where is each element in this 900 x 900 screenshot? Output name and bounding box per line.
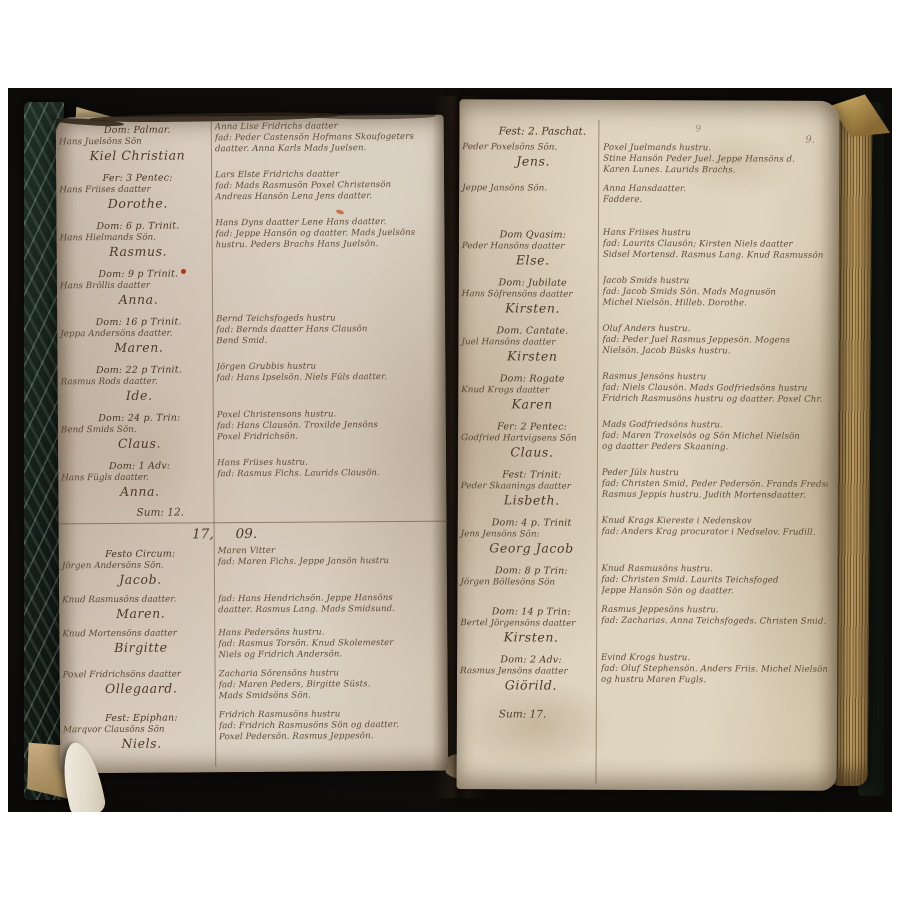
entry-right-column: Evind Krogs hustru.fad: Oluf Stephensön.… xyxy=(601,653,827,694)
year-heading: 17, 09. xyxy=(67,525,441,544)
godparents-line: Poxel Pedersön. Rasmus Jeppesön. xyxy=(219,731,442,744)
feast-day-label: Dom: 9 p Trinit. xyxy=(65,268,212,281)
tattered-top-edge xyxy=(316,113,436,120)
register-entry: Dom: 24 p. Trin:Bend Smids Sön.Claus.Pox… xyxy=(66,409,440,452)
entry-right-column xyxy=(216,265,439,307)
feast-day-label: Dom: Rogate xyxy=(466,373,598,386)
entry-left-column: Dom: 16 p Trinit.Jeppa Andersöns daatter… xyxy=(65,314,216,355)
godparents-line: Jeppe Hansön Sön og daatter. xyxy=(601,586,827,598)
godparents-line: Karen Lunes. Laurids Brachs. xyxy=(603,165,829,177)
section-1708-entries: Dom: Palmar.Hans Juelsöns SönKiel Christ… xyxy=(64,121,441,500)
register-entry: Dom: 8 p Trin:Jörgen Böllesöns SönKnud R… xyxy=(465,563,827,598)
godparents-line: fad: Zacharias. Anna Teichsfogeds. Chris… xyxy=(601,616,827,628)
register-entry: Dom: 1 Adv:Hans Fügls daatter.Anna.Hans … xyxy=(66,457,440,500)
parent-name: Juel Hansöns daatter xyxy=(461,337,598,349)
parent-name: Jeppe Jansöns Sön. xyxy=(462,183,599,195)
child-name: Birgitte xyxy=(67,639,214,655)
entry-left-column: Dom: 4 p. TrinitJens Jensöns Sön:Georg J… xyxy=(466,515,602,556)
register-entry: Dom: 14 p Trin:Bertel Jörgensöns daatter… xyxy=(465,604,827,646)
godparents-line: fad: Anders Krag procurator i Nedselov. … xyxy=(602,527,828,539)
parent-name: Peder Poxelsöns Sön. xyxy=(462,142,599,154)
entry-right-column: Rasmus Jeppesöns hustru.fad: Zacharias. … xyxy=(601,605,827,646)
entry-right-column: Jörgen Grubbis hustrufad: Hans Ipselsön.… xyxy=(216,361,439,403)
entry-right-column: Maren Vitterfad: Maren Fichs. Jeppe Jans… xyxy=(218,545,441,587)
left-page-content: Dom: Palmar.Hans Juelsöns SönKiel Christ… xyxy=(64,121,442,766)
parent-name: Knud Krogs daatter xyxy=(461,385,598,397)
entry-right-column: Anna Hansdaatter.Faddere. xyxy=(603,184,829,207)
feast-day-label: Dom Qvasim: xyxy=(467,229,599,242)
child-name: Claus. xyxy=(466,444,598,460)
entry-right-column: Knud Rasmusöns hustru.fad: Christen Smid… xyxy=(601,564,827,598)
child-name: Niels. xyxy=(68,735,215,751)
child-name: Ide. xyxy=(66,387,213,403)
child-name: Georg Jacob xyxy=(466,540,598,556)
child-name: Claus. xyxy=(66,435,213,451)
register-entry: Fest: Trinit:Peder Skaanings daatterLisb… xyxy=(466,467,828,509)
entry-right-column: Hans Friises hustrufad: Laurits Clausön;… xyxy=(603,228,829,269)
entry-left-column: Dom: 24 p. Trin:Bend Smids Sön.Claus. xyxy=(66,410,217,451)
feast-day-label: Dom: 6 p. Trinit. xyxy=(64,220,211,233)
godparents-line: Faddere. xyxy=(603,195,829,207)
entry-left-column: Dom Qvasim:Peder Hansöns daatterElse. xyxy=(467,227,603,268)
feast-day-label: Dom: Jubilate xyxy=(467,277,599,290)
godparents-line: Bend Smid. xyxy=(216,335,439,348)
entry-right-column: Mads Godfriedsöns hustru.fad: Maren Trox… xyxy=(602,420,828,461)
feast-day-label: Fer: 3 Pentec: xyxy=(64,172,211,185)
entry-left-column: Dom: 14 p Trin:Bertel Jörgensöns daatter… xyxy=(465,604,601,645)
godparents-line: Poxel Fridrichsön. xyxy=(217,431,440,444)
register-entry: Dom: 9 p Trinit.Hans Bröllis daatterAnna… xyxy=(65,265,439,308)
entry-right-column: Jacob Smids hustrufad: Jacob Smids Sön. … xyxy=(603,276,829,317)
godparents-line: Fridrich Rasmusöns hustru og daatter. Po… xyxy=(602,394,828,406)
child-name: Kiel Christian xyxy=(64,147,211,163)
register-entry: Fer: 3 Pentec:Hans Friises daatterDoroth… xyxy=(64,169,438,212)
godparents-line: Nielsön. Jacob Büsks hustru. xyxy=(602,346,828,358)
parent-name: Jens Jensöns Sön: xyxy=(461,529,598,541)
register-entry: Poxel Fridrichsöns daatterOllegaard.Zach… xyxy=(68,668,442,704)
child-name: Lisbeth. xyxy=(466,492,598,508)
register-entry: Dom: 6 p. Trinit.Hans Hielmands Sön.Rasm… xyxy=(64,217,438,260)
child-name: Maren. xyxy=(65,339,212,355)
entry-left-column: Dom: JubilateHans Söfrensöns daatterKirs… xyxy=(467,275,603,316)
register-entry: Fer: 2 Pentec:Godfried Hartvigsens SönCl… xyxy=(466,419,828,461)
feast-day-label: Dom: 24 p. Trin: xyxy=(66,412,213,425)
right-page-entries: Peder Poxelsöns Sön.Jens.Poxel Juelmands… xyxy=(465,142,829,694)
feast-day-label: Dom: 1 Adv: xyxy=(66,460,213,473)
register-entry: Festo Circum:Jörgen Andersöns Sön.Jacob.… xyxy=(67,545,441,588)
godparents-line: Rasmus Jeppis hustru. Judith Mortensdaat… xyxy=(602,490,828,502)
feast-day-label: Festo Circum: xyxy=(67,548,214,561)
register-entry: Peder Poxelsöns Sön.Jens.Poxel Juelmands… xyxy=(467,142,829,177)
entry-left-column: Fer: 3 Pentec:Hans Friises daatterDoroth… xyxy=(64,170,215,211)
entry-left-column: Dom. Cantate.Juel Hansöns daatterKirsten xyxy=(466,323,602,364)
feast-day-label: Fest: Trinit: xyxy=(466,469,598,482)
child-name: Karen xyxy=(466,396,598,412)
entry-right-column: Knud Krags Kiereste i Nedenskovfad: Ande… xyxy=(602,516,828,557)
godparents-line: fad: Maren Fichs. Jeppe Jansön hustru xyxy=(218,556,441,569)
register-entry: Dom: 4 p. TrinitJens Jensöns Sön:Georg J… xyxy=(466,515,828,557)
entry-left-column: Fer: 2 Pentec:Godfried Hartvigsens SönCl… xyxy=(466,419,602,460)
child-name: Maren. xyxy=(67,605,214,621)
godparents-line: hustru. Peders Brachs Hans Juelsön. xyxy=(216,239,439,252)
child-name: Anna. xyxy=(65,291,212,307)
godparents-line: Sidsel Mortensd. Rasmus Lang. Knud Rasmu… xyxy=(603,250,829,262)
section-divider-line xyxy=(59,521,449,525)
entry-right-column: Peder Jüls hustrufad: Christen Smid, Ped… xyxy=(602,468,828,509)
register-entry: Dom: 16 p Trinit.Jeppa Andersöns daatter… xyxy=(65,313,439,356)
child-name: Anna. xyxy=(66,483,213,499)
parent-name: Hans Söfrensöns daatter xyxy=(462,289,599,301)
register-entry: Dom: JubilateHans Söfrensöns daatterKirs… xyxy=(467,275,829,317)
parent-name: Peder Hansöns daatter xyxy=(462,241,599,253)
section-1709-entries: Festo Circum:Jörgen Andersöns Sön.Jacob.… xyxy=(67,545,442,752)
entry-left-column: Festo Circum:Jörgen Andersöns Sön.Jacob. xyxy=(67,546,218,587)
register-entry: Dom: Palmar.Hans Juelsöns SönKiel Christ… xyxy=(64,121,438,164)
entry-right-column: Rasmus Jensöns hustrufad: Niels Clausön.… xyxy=(602,372,828,413)
parent-name: Jörgen Böllesöns Sön xyxy=(460,577,597,589)
register-entry: Dom Qvasim:Peder Hansöns daatterElse.Han… xyxy=(467,227,829,269)
entry-left-column: Dom: 6 p. Trinit.Hans Hielmands Sön.Rasm… xyxy=(64,218,215,259)
photograph-of-parish-register: Dom: Palmar.Hans Juelsöns SönKiel Christ… xyxy=(8,88,892,812)
godparents-line: fad: Peder Castensön Hofmans Skoufogeter… xyxy=(215,132,438,145)
annual-sum-line: Sum: 12. xyxy=(136,505,440,520)
entry-left-column: Peder Poxelsöns Sön.Jens. xyxy=(467,142,603,176)
feast-day-label: Dom: 2 Adv: xyxy=(465,654,597,667)
entry-left-column: Poxel Fridrichsöns daatterOllegaard. xyxy=(68,669,219,703)
feast-day-label: Dom: 4 p. Trinit xyxy=(466,517,598,530)
entry-right-column: Oluf Anders hustru.fad: Peder Juel Rasmu… xyxy=(602,324,828,365)
child-name: Else. xyxy=(467,252,599,268)
child-name: Giörild. xyxy=(465,677,597,693)
register-entry: Fest: Epiphan:Marqvor Clausöns SönNiels.… xyxy=(68,709,442,752)
feast-day-label: Dom: 8 p Trin: xyxy=(465,565,597,578)
entry-right-column: Poxel Christensons hustru.fad: Hans Clau… xyxy=(217,409,440,451)
entry-right-column: fad: Hans Hendrichsön. Jeppe Hansönsdaat… xyxy=(218,593,441,621)
entry-right-column: Poxel Juelmands hustru.Stine Hansön Pede… xyxy=(603,143,829,177)
godparents-line: Mads Smidsöns Sön. xyxy=(219,690,442,703)
register-entry: Dom. Cantate.Juel Hansöns daatterKirsten… xyxy=(466,323,828,365)
godparents-line: daatter. Rasmus Lang. Mads Smidsund. xyxy=(218,604,441,617)
godparents-line: fad: Hans Ipselsön. Niels Füls daatter. xyxy=(217,372,440,385)
left-page: Dom: Palmar.Hans Juelsöns SönKiel Christ… xyxy=(56,115,449,774)
entry-left-column: Fest: Trinit:Peder Skaanings daatterLisb… xyxy=(466,467,602,508)
register-entry: Dom: 22 p Trinit.Rasmus Rods daatter.Ide… xyxy=(65,361,439,404)
right-page: 9 9. Fest: 2. Paschat. Peder Poxelsöns S… xyxy=(456,99,839,791)
entry-left-column: Fest: Epiphan:Marqvor Clausöns SönNiels. xyxy=(68,710,219,751)
entry-right-column: Bernd Teichsfogeds hustrufad: Bernds daa… xyxy=(216,313,439,355)
feast-day-label: Dom: Palmar. xyxy=(64,124,211,137)
godparents-line: daatter. Anna Karls Mads Juelsen. xyxy=(215,143,438,156)
entry-left-column: Dom: 8 p Trin:Jörgen Böllesöns Sön xyxy=(465,563,601,597)
godparents-line: Niels og Fridrich Andersön. xyxy=(218,649,441,662)
child-name: Kirsten. xyxy=(467,300,599,316)
child-name: Kirsten xyxy=(466,348,598,364)
parent-name: Bertel Jörgensöns daatter xyxy=(460,618,597,630)
register-entry: Dom: 2 Adv:Rasmus Jensöns daatterGiörild… xyxy=(465,652,827,694)
entry-right-column: Hans Friises hustru.fad: Rasmus Fichs. L… xyxy=(217,457,440,499)
entry-left-column: Jeppe Jansöns Sön. xyxy=(467,183,603,206)
feast-day-label: Dom: 22 p Trinit. xyxy=(65,364,212,377)
parent-name: Rasmus Jensöns daatter xyxy=(460,666,597,678)
annual-sum-line: Sum: 17. xyxy=(499,708,827,722)
scanned-photo-canvas: Dom: Palmar.Hans Juelsöns SönKiel Christ… xyxy=(0,0,900,900)
child-name: Kirsten. xyxy=(465,629,597,645)
year-heading-right-part: 09. xyxy=(222,526,258,542)
feast-day-label: Dom: 14 p Trin: xyxy=(465,606,597,619)
child-name: Jens. xyxy=(467,153,599,169)
godparents-line: fad: Rasmus Fichs. Laurids Clausön. xyxy=(217,468,440,481)
godparents-line: og daatter Peders Skaaning. xyxy=(602,442,828,454)
godparents-line: Michel Nielsön. Hilleb. Dorothe. xyxy=(603,298,829,310)
child-name: Rasmus. xyxy=(65,243,212,259)
entry-right-column: Zacharia Sörensöns hustrufad: Maren Pede… xyxy=(219,668,442,703)
entry-left-column: Dom: RogateKnud Krogs daatterKaren xyxy=(466,371,602,412)
parent-name: Peder Skaanings daatter xyxy=(461,481,598,493)
entry-right-column: Anna Lise Fridrichs daatterfad: Peder Ca… xyxy=(215,121,438,163)
child-name: Dorothe. xyxy=(64,195,211,211)
register-entry: Dom: RogateKnud Krogs daatterKarenRasmus… xyxy=(466,371,828,413)
feast-day-label: Dom. Cantate. xyxy=(466,325,598,338)
register-entry: Jeppe Jansöns Sön.Anna Hansdaatter.Fadde… xyxy=(467,183,829,207)
year-heading-left-part: 17, xyxy=(67,526,222,543)
entry-left-column: Dom: 22 p Trinit.Rasmus Rods daatter.Ide… xyxy=(65,362,216,403)
godparents-line: Andreas Hansön Lena Jens daatter. xyxy=(215,191,438,204)
right-page-content: Fest: 2. Paschat. Peder Poxelsöns Sön.Je… xyxy=(465,125,830,783)
entry-right-column: Lars Elste Fridrichs daatterfad: Mads Ra… xyxy=(215,169,438,211)
entry-right-column: Fridrich Rasmusöns hustrufad: Fridrich R… xyxy=(219,709,442,751)
feast-day-label: Dom: 16 p Trinit. xyxy=(65,316,212,329)
entry-left-column: Dom: Palmar.Hans Juelsöns SönKiel Christ… xyxy=(64,122,215,163)
godparents-line: fad: Jeppe Hansön og daatter. Mads Juels… xyxy=(215,228,438,241)
godparents-line: og hustru Maren Fugls. xyxy=(601,675,827,687)
entry-right-column: Hans Dyns daatter Lene Hans daatter.fad:… xyxy=(215,217,438,259)
child-name: Ollegaard. xyxy=(68,680,215,696)
entry-left-column: Knud Mortensöns daatterBirgitte xyxy=(67,628,218,662)
register-entry: Knud Mortensöns daatterBirgitteHans Pede… xyxy=(67,627,441,663)
red-ink-dot xyxy=(181,269,186,274)
feast-day-page-header: Fest: 2. Paschat. xyxy=(467,125,617,139)
entry-left-column: Knud Rasmusöns daatter.Maren. xyxy=(67,594,218,621)
register-entry: Knud Rasmusöns daatter.Maren.fad: Hans H… xyxy=(67,593,441,622)
entry-right-column: Hans Pedersöns hustru.fad: Rasmus Torsön… xyxy=(218,627,441,662)
entry-left-column: Dom: 1 Adv:Hans Fügls daatter.Anna. xyxy=(66,458,217,499)
entry-left-column: Dom: 9 p Trinit.Hans Bröllis daatterAnna… xyxy=(65,266,216,307)
parent-name: Godfried Hartvigsens Sön xyxy=(461,433,598,445)
child-name: Jacob. xyxy=(67,571,214,587)
entry-left-column: Dom: 2 Adv:Rasmus Jensöns daatterGiörild… xyxy=(465,652,601,693)
feast-day-label: Fest: Epiphan: xyxy=(68,712,215,725)
feast-day-label: Fer: 2 Pentec: xyxy=(466,421,598,434)
